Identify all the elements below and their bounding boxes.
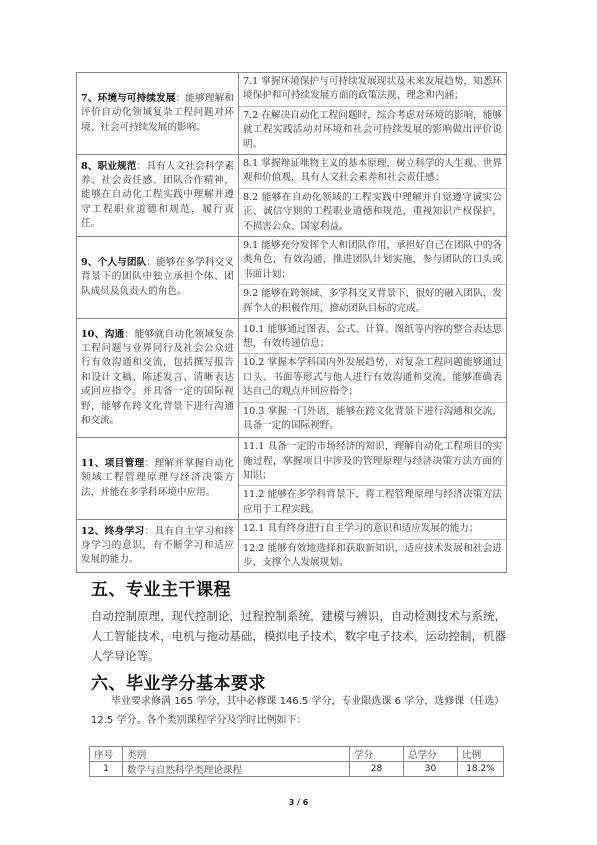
cell-category: 数学与自然科学类理论课程 [123, 762, 350, 777]
table-row: 12、终身学习：具有自主学习和终身学习的意识，有不断学习和适应发展的能力。 12… [77, 520, 507, 573]
section-heading-credit-requirements: 六、毕业学分基本要求 [91, 669, 266, 694]
credit-ratio-table: 序号 类别 学分 总学分 比例 1 数学与自然科学类理论课程 28 30 18.… [89, 746, 504, 777]
text-segment: 学分，专业限选课 [308, 696, 394, 707]
outcome-cell: 8、职业规范：具有人文社会科学素养、社会责任感、团队合作精神，能够在自动化工程实… [77, 155, 239, 237]
section-heading-core-courses: 五、专业主干课程 [91, 575, 231, 600]
text-segment: 学分，其中必修课 [193, 696, 279, 707]
table-row: 9、个人与团队：能够在多学科交叉背景下的团队中独立承担个体、团队成员及负责人的角… [77, 237, 507, 319]
core-courses-paragraph: 自动控制原理，现代控制论，过程控制系统，建模与辨识，自动检测技术与系统，人工智能… [91, 606, 506, 666]
document-page: 7、环境与可持续发展：能够理解和评价自动化领域复杂工程问题对环境、社会可持续发展… [0, 0, 597, 845]
indicator-item: 10.3 掌握一门外语，能够在跨文化背景下进行沟通和交流，具备一定的国际视野。 [243, 405, 502, 434]
table-header-row: 序号 类别 学分 总学分 比例 [90, 747, 504, 762]
table-row: 8、职业规范：具有人文社会科学素养、社会责任感、团队合作精神，能够在自动化工程实… [77, 155, 507, 237]
cell-total-credits: 30 [404, 762, 458, 777]
column-header-credits: 学分 [350, 747, 404, 762]
indicator-item: 9.2 能够在跨领域、多学科交叉背景下，很好的融入团队，发挥个人的积极作用，推动… [243, 287, 502, 316]
indicator-item: 7.2 在解决自动化工程问题时，综合考虑对环境的影响，能够就工程实践活动对环境和… [243, 109, 502, 152]
column-header-total-credits: 总学分 [404, 747, 458, 762]
divider [239, 284, 506, 285]
outcome-cell: 7、环境与可持续发展：能够理解和评价自动化领域复杂工程问题对环境、社会可持续发展… [77, 73, 239, 155]
divider [239, 539, 506, 540]
outcome-title: 7、环境与可持续发展 [81, 93, 176, 104]
divider [239, 353, 506, 354]
divider [239, 188, 506, 189]
indicator-cell: 7.1 掌握环境保护与可持续发展现状及未来发展趋势，知悉环境保护和可持续发展方面… [239, 73, 507, 155]
outcome-cell: 9、个人与团队：能够在多学科交叉背景下的团队中独立承担个体、团队成员及负责人的角… [77, 237, 239, 319]
outcome-title: 10、沟通 [81, 329, 125, 340]
table-row: 11、项目管理：理解并掌握自动化领域工程管理原理与经济决策方法，并能在多学科环境… [77, 438, 507, 520]
required-credits: 146.5 [280, 696, 309, 707]
credit-requirements-paragraph: 毕业要求修满 165 学分，其中必修课 146.5 学分，专业限选课 6 学分，… [91, 692, 506, 730]
cell-credits: 28 [350, 762, 404, 777]
indicator-item: 7.1 掌握环境保护与可持续发展现状及未来发展趋势，知悉环境保护和可持续发展方面… [243, 75, 502, 104]
indicator-item: 10.1 能够通过图表、公式、计算、图纸等内容的整合表达思想，有效传递信息； [243, 323, 502, 352]
divider [239, 485, 506, 486]
text-segment: 学分。各个类别课程学分及学时比例如下： [113, 715, 306, 726]
text-segment: 毕业要求修满 [91, 696, 174, 707]
indicator-cell: 8.1 掌握辩证唯物主义的基本原理，树立科学的人生观、世界观和价值观，具有人文社… [239, 155, 507, 237]
indicator-cell: 10.1 能够通过图表、公式、计算、图纸等内容的整合表达思想，有效传递信息； 1… [239, 319, 507, 438]
indicator-item: 11.1 具备一定的市场经济的知识，理解自动化工程项目的实施过程，掌握项目中涉及… [243, 440, 502, 483]
indicator-cell: 12.1 具有终身进行自主学习的意识和适应发展的能力； 12.2 能够有效地选择… [239, 520, 507, 573]
outcome-cell: 12、终身学习：具有自主学习和终身学习的意识，有不断学习和适应发展的能力。 [77, 520, 239, 573]
indicator-cell: 9.1 能够充分发挥个人和团队作用，承担好自己在团队中的各类角色，有效沟通，推进… [239, 237, 507, 319]
table-row: 1 数学与自然科学类理论课程 28 30 18.2% [90, 762, 504, 777]
cell-ratio: 18.2% [458, 762, 504, 777]
indicator-item: 8.2 能够在自动化领域的工程实践中理解并自觉遵守诚实公正、诚信守则的工程职业道… [243, 191, 502, 234]
table-row: 10、沟通：能够就自动化领域复杂工程问题与业界同行及社会公众进行有效沟通和交流，… [77, 319, 507, 438]
table-row: 7、环境与可持续发展：能够理解和评价自动化领域复杂工程问题对环境、社会可持续发展… [77, 73, 507, 155]
indicator-item: 11.2 能够在多学科背景下，将工程管理原理与经济决策方法应用于工程实践。 [243, 488, 502, 517]
outcome-title: 12、终身学习 [81, 526, 145, 537]
outcome-title: 8、职业规范 [81, 161, 137, 172]
elective-credits: 12.5 [91, 715, 113, 726]
column-header-ratio: 比例 [458, 747, 504, 762]
cell-index: 1 [90, 762, 123, 777]
indicator-item: 12.2 能够有效地选择和获取新知识，适应技术发展和社会进步，支撑个人发展规划。 [243, 542, 502, 571]
outcome-cell: 10、沟通：能够就自动化领域复杂工程问题与业界同行及社会公众进行有效沟通和交流，… [77, 319, 239, 438]
outcome-desc: ：能够就自动化领域复杂工程问题与业界同行及社会公众进行有效沟通和交流，包括撰写报… [81, 329, 234, 426]
divider [239, 106, 506, 107]
indicator-item: 12.1 具有终身进行自主学习的意识和适应发展的能力； [243, 522, 502, 536]
page-number: 3 / 6 [0, 798, 597, 807]
outcome-cell: 11、项目管理：理解并掌握自动化领域工程管理原理与经济决策方法，并能在多学科环境… [77, 438, 239, 520]
indicator-item: 8.1 掌握辩证唯物主义的基本原理，树立科学的人生观、世界观和价值观，具有人文社… [243, 157, 502, 186]
indicator-item: 10.2 掌握本学科国内外发展趋势，对复杂工程问题能够通过口头、书面等形式与他人… [243, 356, 502, 399]
outcome-title: 9、个人与团队 [81, 257, 146, 268]
indicator-item: 9.1 能够充分发挥个人和团队作用，承担好自己在团队中的各类角色，有效沟通，推进… [243, 239, 502, 282]
text-segment: 学分，选修课（任选） [401, 696, 504, 707]
total-credits: 165 [174, 696, 193, 707]
graduation-outcomes-table: 7、环境与可持续发展：能够理解和评价自动化领域复杂工程问题对环境、社会可持续发展… [76, 72, 507, 573]
column-header-index: 序号 [90, 747, 123, 762]
outcome-title: 11、项目管理 [81, 458, 145, 469]
column-header-category: 类别 [123, 747, 350, 762]
divider [239, 402, 506, 403]
indicator-cell: 11.1 具备一定的市场经济的知识，理解自动化工程项目的实施过程，掌握项目中涉及… [239, 438, 507, 520]
